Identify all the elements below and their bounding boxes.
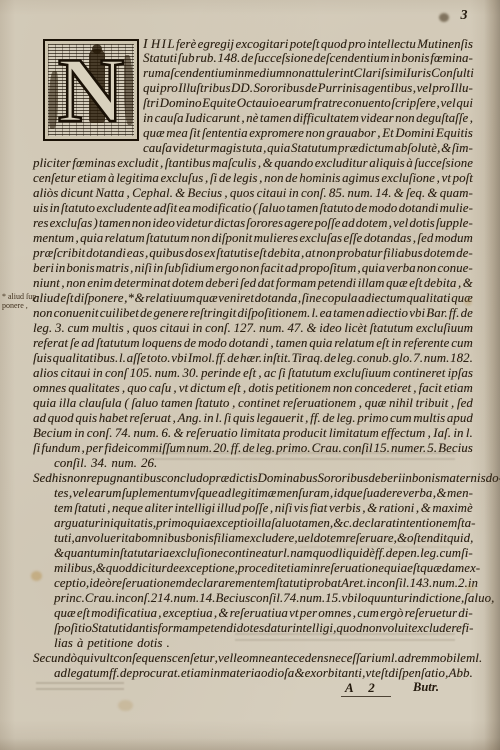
- text-line: Beciuminconſ.74.num.6.&reſeruatiolimitat…: [33, 426, 473, 441]
- text-line: arguaturiniquitatis,primoquiaexceptioill…: [54, 516, 473, 531]
- text-line: Statutiſubrub.148.deſucceſsionedeſcenden…: [143, 51, 473, 66]
- text-line: uisinſtatutoexcludenteadſiteamodificatio…: [33, 201, 473, 216]
- text-line: leg.3.cummultis,quoscitauiinconſ.127.num…: [33, 321, 473, 336]
- text-line: ſtriDominoEquiteOctauioearumfratreconuen…: [143, 96, 473, 111]
- foxing-stain: [466, 584, 475, 593]
- page-edge-shadow: [484, 0, 500, 750]
- page-number: 3: [452, 8, 476, 24]
- book-page: 3 N * aliud ſup- ponere , IHILferèegregi…: [0, 0, 500, 750]
- text-line: SedhisnonrepugnantibusconcludoprædictisD…: [33, 471, 473, 486]
- text-line: incauſaIudicarunt,nètamendifficultatemvi…: [143, 111, 473, 126]
- foxing-stain: [118, 700, 133, 711]
- text-line: cauſavideturmagistuta,quiaStatutumprædic…: [143, 141, 473, 156]
- text-line: quiproIlluſtribusDD.SororibusdePurrinisa…: [143, 81, 473, 96]
- text-line: quæeſtmodificatiua,exceptiua,&reſeruatiu…: [54, 606, 473, 621]
- text-line: tes,velearumſuplementumvſqueadlegitimæme…: [54, 486, 473, 501]
- text-line: nonconuenitcuilibetdegenerereſtringitdiſ…: [33, 306, 473, 321]
- text-line: temſtatuti,nequealiterintelligiilludpoſſ…: [54, 501, 473, 516]
- text-line: ſuisqualitatibus.l.aſſetoto.vbiImol.ff.d…: [33, 351, 473, 366]
- show-through: [36, 682, 124, 694]
- text-line: adquodquishabetreſeruat,Ang.inl.ſiquisle…: [33, 411, 473, 426]
- signature-mark: A 2: [345, 680, 375, 696]
- show-through: [150, 452, 455, 464]
- text-line: pliciterfœminasexcludit,ſtantibusmaſculi…: [33, 156, 473, 171]
- text-line: præſcribitdotandieas,quibusdosexſtatutis…: [33, 246, 473, 261]
- text-line: aliudeſtdiſponere,*&relatiuumquæveniretd…: [33, 291, 473, 306]
- show-through: [300, 540, 450, 550]
- text-line: quæmeaſitſententiaexpromerenongrauabor,E…: [143, 126, 473, 141]
- page-edge-shadow: [0, 738, 500, 750]
- text-line: aliòsdicuntNatta,Cephal.&Becius,quoscita…: [33, 186, 473, 201]
- foxing-stain: [464, 298, 472, 306]
- catchword: Butr.: [413, 680, 439, 695]
- text-line: princ.Crau.inconſ.214.num.14.Beciusconſi…: [54, 591, 473, 606]
- text-line: cenſeturetiamàlegitimaexcluſus,ſidelegis…: [33, 171, 473, 186]
- text-line: beriinbonismatris,niſiinſubſidiumergonon…: [33, 261, 473, 276]
- text-line: milibus,&quoddiciturdeexceptione,procedi…: [54, 561, 473, 576]
- text-line: IHILferèegregijexcogitaripoteſtquodproin…: [143, 36, 473, 51]
- text-line: mentum,quiarelatumſtatutumnondiſponitmul…: [33, 231, 473, 246]
- text-line: alioscitauiinconſ105.num.30.perindeeſt,a…: [33, 366, 473, 381]
- ink-smudge: [439, 13, 449, 22]
- text-line: Secundòquivultconſequenscenſetur,velleom…: [33, 651, 473, 666]
- text-line: omnesqualitates,quocaſu,vtdictumeſt,doti…: [33, 381, 473, 396]
- signature-rule: [341, 696, 391, 697]
- text-line: resexcluſas)tamennonideovideturdictasſor…: [33, 216, 473, 231]
- show-through: [235, 633, 455, 644]
- body-text: IHILferèegregijexcogitaripoteſtquodproin…: [33, 36, 473, 681]
- text-line: quiaillaclauſula(ſaluotamenſtatuto,conti…: [33, 396, 473, 411]
- foxing-stain: [31, 571, 42, 581]
- text-line: adlegatumff.deprocurat.etiaminmateriaodi…: [54, 666, 473, 681]
- text-line: ceptio,ideòreſeruationemdeclararementemſ…: [54, 576, 473, 591]
- text-line: rumaſcendentiuminmediumnonattulerintClar…: [143, 66, 473, 81]
- text-line: niunt,nonenimdeterminatdotemdeberiſeddat…: [33, 276, 473, 291]
- text-line: referatſeadſtatutumloquensdemododotandi,…: [33, 336, 473, 351]
